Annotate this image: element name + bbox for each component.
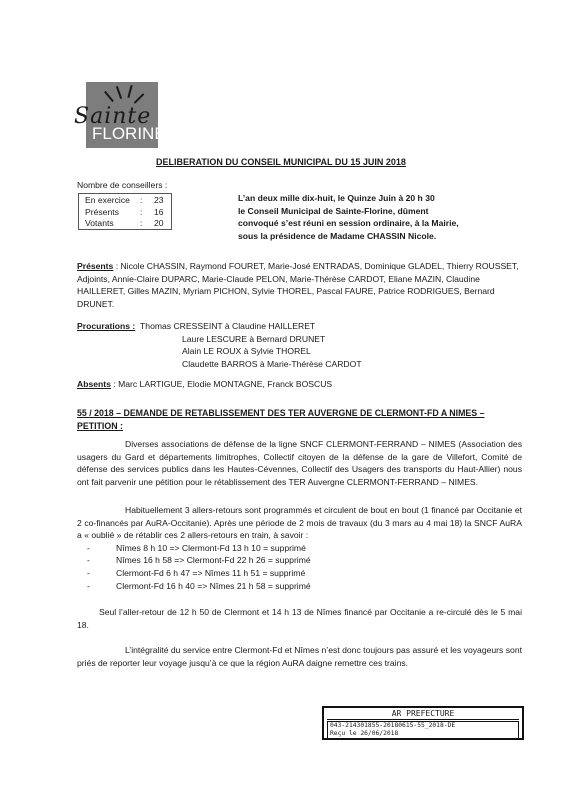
- train-item: Nîmes 8 h 10 => Clermont-Fd 13 h 10 = su…: [77, 542, 522, 555]
- train-item: Clermont-Fd 6 h 47 => Nîmes 11 h 51 = su…: [77, 567, 522, 580]
- procuration-item: Laure LESCURE à Bernard DRUNET: [77, 333, 522, 346]
- row-sep: :: [140, 218, 154, 230]
- row-key: Présents: [85, 207, 140, 219]
- presents-section: Présents : Nicole CHASSIN, Raymond FOURE…: [77, 260, 522, 310]
- stamp-body: 043-214301855-20180615-55_2018-DE Reçu l…: [327, 721, 519, 739]
- stamp-received: Reçu le 26/06/2018: [330, 730, 516, 738]
- stamp-header: AR PREFECTURE: [327, 708, 519, 720]
- procuration-item: Claudette BARROS à Marie-Thérèse CARDOT: [77, 358, 522, 371]
- row-sep: :: [140, 195, 154, 207]
- presents-text: : Nicole CHASSIN, Raymond FOURET, Marie-…: [77, 261, 519, 309]
- paragraph-1-text: Diverses associations de défense de la l…: [77, 438, 522, 488]
- paragraph-4: L’intégralité du service entre Clermont-…: [77, 644, 522, 669]
- conseillers-row: Votants : 20: [85, 218, 171, 230]
- procuration-item: Alain LE ROUX à Sylvie THOREL: [77, 345, 522, 358]
- logo-ray: [104, 91, 114, 102]
- logo-name-text: FLORINE: [92, 124, 166, 144]
- conseillers-label: Nombre de conseillers :: [77, 179, 167, 192]
- row-key: En exercice: [85, 195, 140, 207]
- procuration-item: Thomas CRESSEINT à Claudine HAILLERET: [140, 321, 315, 331]
- train-item: Clermont-Fd 16 h 40 => Nîmes 21 h 58 = s…: [77, 580, 522, 593]
- row-value: 20: [154, 218, 164, 230]
- paragraph-1: Diverses associations de défense de la l…: [77, 438, 522, 488]
- intro-line: sous la présidence de Madame CHASSIN Nic…: [238, 230, 528, 243]
- train-item: Nîmes 16 h 58 => Clermont-Fd 22 h 26 = s…: [77, 554, 522, 567]
- conseillers-row: En exercice : 23: [85, 195, 171, 207]
- logo-ray: [116, 86, 122, 99]
- conseillers-box: En exercice : 23 Présents : 16 Votants :…: [78, 193, 172, 230]
- intro-line: convoqué s’est réuni en session ordinair…: [238, 217, 528, 230]
- row-value: 16: [154, 207, 164, 219]
- stamp-reference: 043-214301855-20180615-55_2018-DE: [330, 722, 516, 730]
- absents-text: : Marc LARTIGUE, Elodie MONTAGNE, Franck…: [111, 379, 332, 389]
- absents-label: Absents: [77, 379, 111, 389]
- paragraph-4-text: L’intégralité du service entre Clermont-…: [77, 644, 522, 669]
- conseillers-row: Présents : 16: [85, 207, 171, 219]
- row-key: Votants: [85, 218, 140, 230]
- intro-line: le Conseil Municipal de Sainte-Florine, …: [238, 205, 528, 218]
- document-title: DELIBERATION DU CONSEIL MUNICIPAL DU 15 …: [0, 157, 562, 167]
- absents-section: Absents : Marc LARTIGUE, Elodie MONTAGNE…: [77, 378, 522, 391]
- deliberation-title: 55 / 2018 – DEMANDE DE RETABLISSEMENT DE…: [77, 407, 522, 432]
- procurations-section: Procurations : Thomas CRESSEINT à Claudi…: [77, 320, 522, 370]
- paragraph-2-text: Habituellement 3 allers-retours sont pro…: [77, 504, 522, 542]
- presents-label: Présents: [77, 261, 113, 271]
- logo-ray: [134, 93, 145, 104]
- paragraph-3: Seul l’aller-retour de 12 h 50 de Clermo…: [77, 606, 522, 631]
- row-sep: :: [140, 207, 154, 219]
- paragraph-3-text: Seul l’aller-retour de 12 h 50 de Clermo…: [77, 606, 522, 631]
- procurations-label: Procurations :: [77, 321, 135, 331]
- train-list: Nîmes 8 h 10 => Clermont-Fd 13 h 10 = su…: [77, 542, 522, 592]
- intro-line: L’an deux mille dix-huit, le Quinze Juin…: [238, 192, 528, 205]
- logo-ray: [127, 85, 132, 98]
- session-intro: L’an deux mille dix-huit, le Quinze Juin…: [238, 192, 528, 242]
- paragraph-2: Habituellement 3 allers-retours sont pro…: [77, 504, 522, 592]
- title-text: DELIBERATION DU CONSEIL MUNICIPAL DU 15 …: [156, 157, 406, 167]
- row-value: 23: [154, 195, 164, 207]
- prefecture-stamp: AR PREFECTURE 043-214301855-20180615-55_…: [322, 706, 524, 740]
